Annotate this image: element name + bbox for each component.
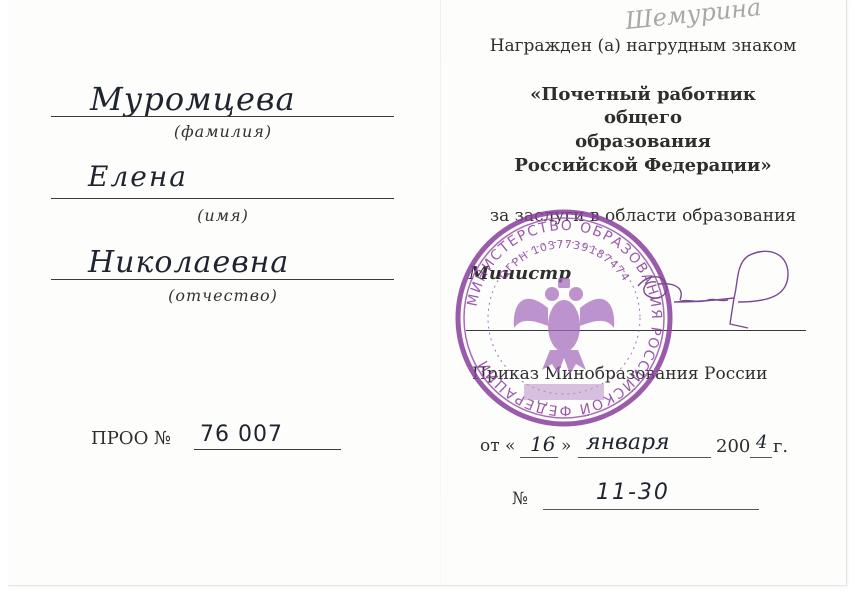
- date-year-line: [750, 457, 772, 458]
- minister-signature: [618, 244, 798, 344]
- patronymic-value: Николаевна: [88, 245, 289, 280]
- order-number-line: [543, 509, 759, 510]
- proo-line: [194, 449, 341, 450]
- certificate-page: Муромцева (фамилия) Елена (имя) Николаев…: [8, 0, 847, 586]
- badge-title-line-4: Российской Федерации»: [448, 155, 838, 176]
- order-number-value: 11-30: [596, 480, 670, 505]
- date-year-prefix: 200: [716, 436, 750, 457]
- order-number-label: №: [512, 489, 528, 509]
- date-month: января: [586, 430, 670, 455]
- surname-value: Муромцева: [90, 80, 296, 118]
- surname-caption: (фамилия): [158, 122, 288, 141]
- first-name-caption: (имя): [183, 206, 263, 225]
- patronymic-line: [51, 279, 394, 280]
- fold-line: [440, 0, 441, 585]
- date-prefix: от «: [480, 436, 515, 456]
- awarded-line: Награжден (а) нагрудным знаком: [448, 36, 838, 56]
- date-year-digit: 4: [756, 432, 767, 453]
- corner-handwritten-note: Шемурина: [624, 0, 763, 35]
- date-month-line: [578, 457, 711, 458]
- date-day-line: [520, 457, 558, 458]
- badge-title-line-2: общего: [448, 107, 838, 128]
- date-suffix: г.: [773, 436, 788, 457]
- proo-label: ПРОО №: [91, 428, 171, 449]
- surname-line: [51, 116, 394, 117]
- first-name-line: [51, 198, 394, 199]
- badge-title-line-3: образования: [448, 131, 838, 152]
- date-mid: »: [561, 436, 571, 456]
- date-day: 16: [530, 432, 555, 456]
- patronymic-caption: (отчество): [158, 286, 288, 305]
- badge-title-line-1: «Почетный работник: [448, 84, 838, 105]
- proo-number: 76 007: [200, 422, 283, 447]
- first-name-value: Елена: [88, 160, 188, 193]
